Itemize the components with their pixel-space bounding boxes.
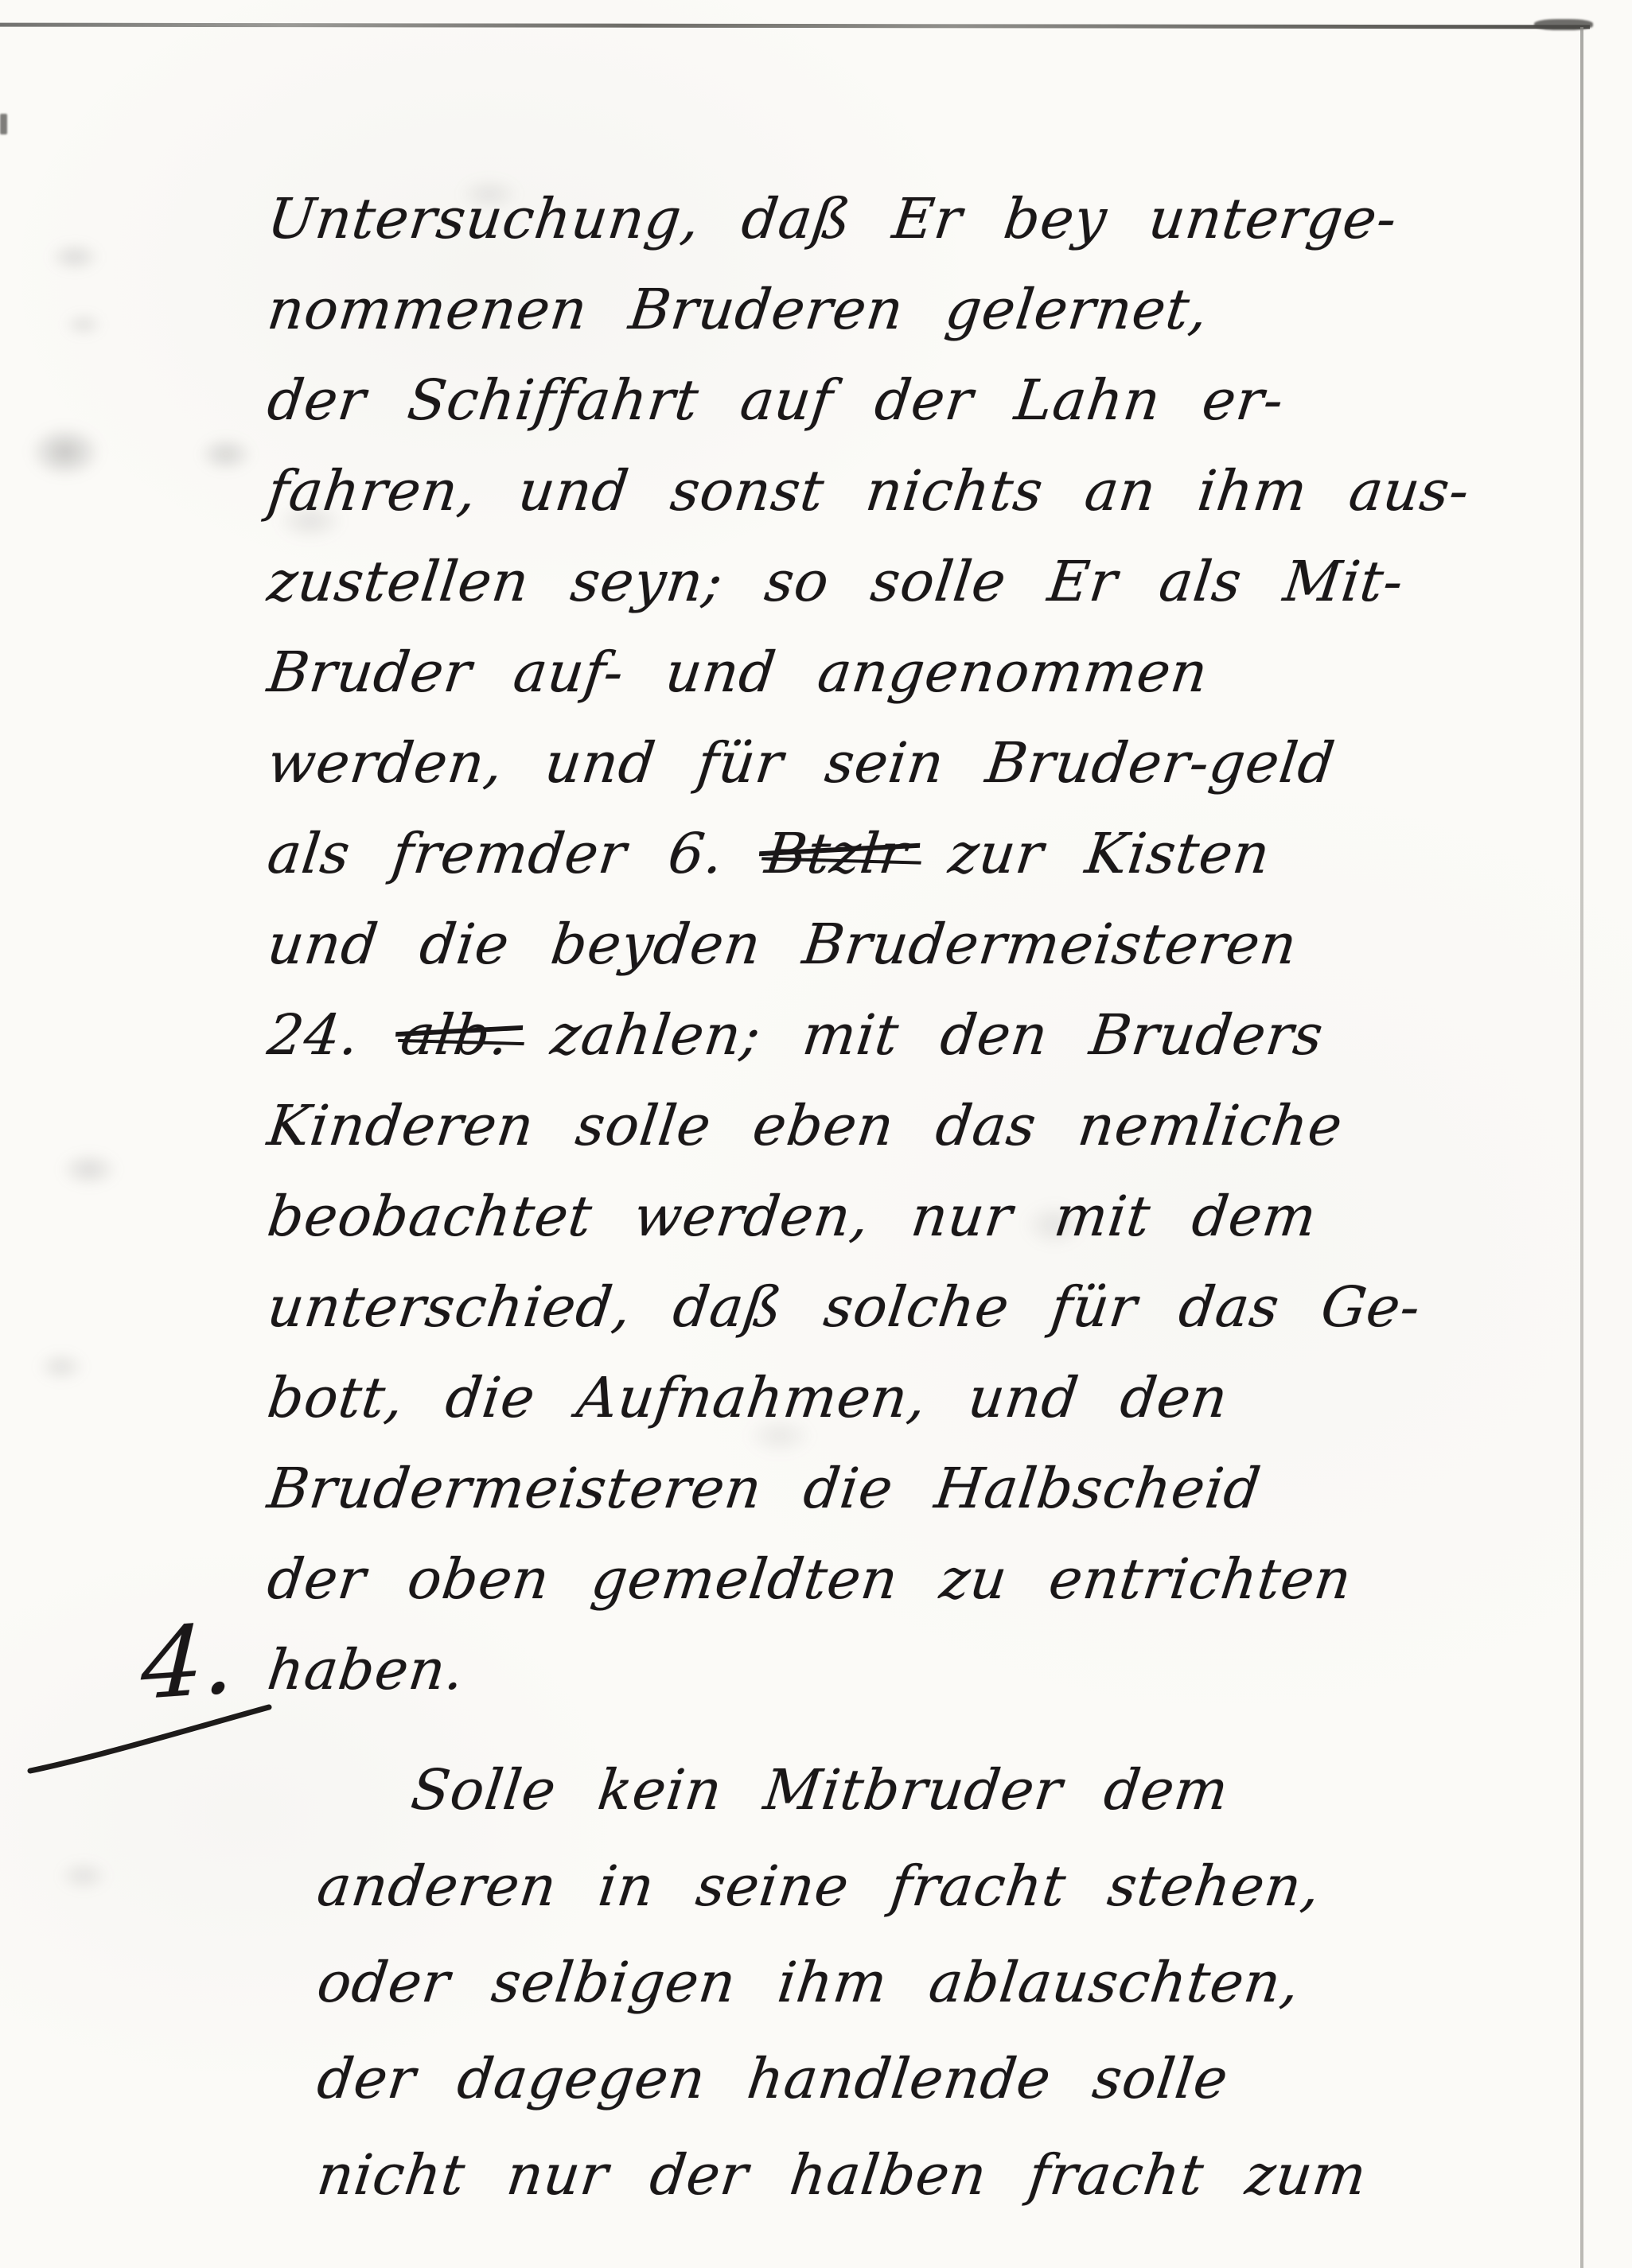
text-run: nommenen Bruderen gelernet, xyxy=(264,277,1212,342)
text-run: unterschied, daß solche für das Ge- xyxy=(264,1274,1424,1340)
paper-stain xyxy=(14,415,116,488)
section-underline-flourish xyxy=(25,1688,280,1784)
paper-stain xyxy=(48,1144,130,1195)
paper-stain xyxy=(56,307,111,342)
paragraph-4-text: Solle kein Mitbruder demanderen in seine… xyxy=(312,1742,1361,2223)
scan-top-edge-artifact xyxy=(0,23,1590,29)
manuscript-line: der Schiffahrt auf der Lahn er- xyxy=(263,355,1474,445)
struck-word: Btzlr xyxy=(761,821,910,886)
scan-top-edge-dark-blob xyxy=(1534,19,1593,30)
paper-stain xyxy=(38,235,111,278)
text-run: 24. xyxy=(264,1002,406,1068)
text-run: oder selbigen ihm ablauschten, xyxy=(314,1950,1303,2015)
manuscript-line: nommenen Bruderen gelernet, xyxy=(263,264,1474,355)
manuscript-page: Untersuchung, daß Er bey unterge-nommene… xyxy=(0,0,1632,2268)
struck-word: alb. xyxy=(398,1002,513,1068)
manuscript-line: werden, und für sein Bruder-geld xyxy=(263,718,1474,808)
text-run: anderen in seine fracht stehen, xyxy=(314,1854,1324,1919)
text-run: nicht nur der halben fracht zum xyxy=(314,2142,1370,2208)
text-run: bott, die Aufnahmen, und den xyxy=(264,1365,1232,1430)
manuscript-line: Solle kein Mitbruder dem xyxy=(312,1742,1373,1838)
manuscript-line: 24. alb. zahlen; mit den Bruders xyxy=(263,990,1474,1080)
manuscript-line: bott, die Aufnahmen, und den xyxy=(263,1352,1474,1443)
manuscript-line: anderen in seine fracht stehen, xyxy=(312,1838,1373,1935)
manuscript-line: zustellen seyn; so solle Er als Mit- xyxy=(263,536,1474,627)
manuscript-line: der dagegen handlende solle xyxy=(312,2031,1373,2127)
paper-stain xyxy=(27,1344,95,1389)
manuscript-line: unterschied, daß solche für das Ge- xyxy=(263,1262,1474,1352)
text-run: zustellen seyn; so solle Er als Mit- xyxy=(264,549,1408,614)
text-run: zur Kisten xyxy=(903,821,1274,886)
text-run: werden, und für sein Bruder-geld xyxy=(264,730,1338,796)
paper-stain xyxy=(188,430,264,479)
text-run: als fremder 6. xyxy=(264,821,770,886)
text-run: Brudermeisteren die Halbscheid xyxy=(264,1456,1264,1521)
manuscript-line: fahren, und sonst nichts an ihm aus- xyxy=(263,445,1474,536)
paragraph-continuation-text: Untersuchung, daß Er bey unterge-nommene… xyxy=(263,173,1464,1715)
manuscript-line: haben. xyxy=(263,1624,1474,1715)
manuscript-line: der oben gemeldten zu entrichten xyxy=(263,1534,1474,1624)
manuscript-line: Kinderen solle eben das nemliche xyxy=(263,1080,1474,1171)
text-run: der dagegen handlende solle xyxy=(314,2046,1232,2111)
text-run: fahren, und sonst nichts an ihm aus- xyxy=(264,458,1474,523)
text-run: haben. xyxy=(264,1637,468,1702)
scan-left-edge-nick xyxy=(0,114,7,134)
manuscript-line: und die beyden Brudermeisteren xyxy=(263,899,1474,990)
text-run: Untersuchung, daß Er bey unterge- xyxy=(264,186,1400,251)
text-run: und die beyden Brudermeisteren xyxy=(264,912,1301,977)
manuscript-line: als fremder 6. Btzlr zur Kisten xyxy=(263,808,1474,899)
text-run: Kinderen solle eben das nemliche xyxy=(264,1093,1346,1158)
text-run: der Schiffahrt auf der Lahn er- xyxy=(264,368,1287,433)
manuscript-line: nicht nur der halben fracht zum xyxy=(312,2127,1373,2223)
text-run: Solle kein Mitbruder dem xyxy=(407,1757,1232,1823)
manuscript-line: Bruder auf- und angenommen xyxy=(263,627,1474,718)
manuscript-line: Brudermeisteren die Halbscheid xyxy=(263,1443,1474,1534)
text-run: beobachtet werden, nur mit dem xyxy=(264,1184,1320,1249)
manuscript-line: oder selbigen ihm ablauschten, xyxy=(312,1935,1373,2031)
text-run: zahlen; mit den Bruders xyxy=(505,1002,1327,1068)
text-run: der oben gemeldten zu entrichten xyxy=(264,1546,1355,1612)
paper-stain xyxy=(48,1854,119,1898)
manuscript-line: beobachtet werden, nur mit dem xyxy=(263,1171,1474,1262)
text-run: Bruder auf- und angenommen xyxy=(264,640,1212,705)
scan-right-edge-artifact xyxy=(1580,27,1583,2268)
manuscript-line: Untersuchung, daß Er bey unterge- xyxy=(263,173,1474,264)
